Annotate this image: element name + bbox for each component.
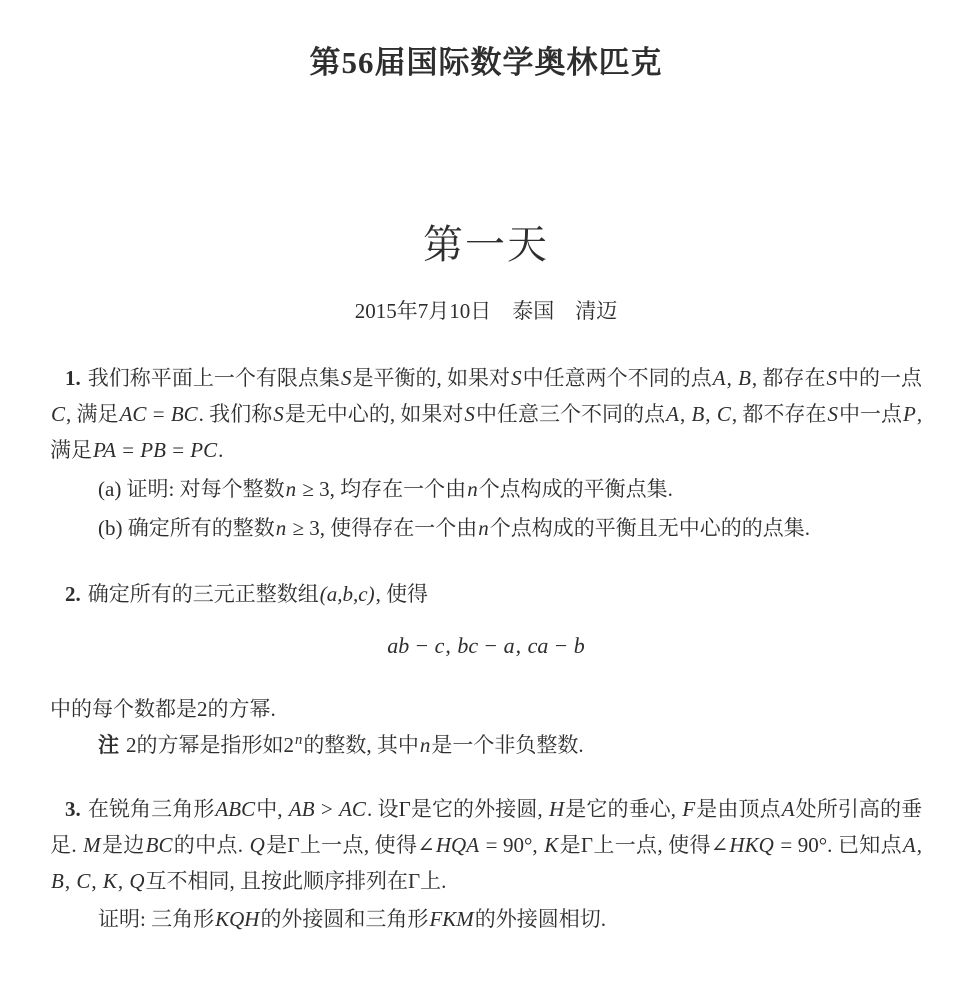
problem-2: 2.确定所有的三元正整数组(a,b,c), 使得	[50, 576, 922, 612]
problem-3-number: 3.	[65, 797, 81, 821]
problem-3-proof: 证明: 三角形KQH的外接圆和三角形FKM的外接圆相切.	[50, 901, 922, 937]
problem-2-continuation: 中的每个数都是2的方幂.	[50, 691, 922, 727]
problem-1: 1.我们称平面上一个有限点集S是平衡的, 如果对S中任意两个不同的点A, B, …	[50, 360, 922, 468]
document-page: 第56届国际数学奥林匹克 第一天 2015年7月10日 泰国 清迈 1.我们称平…	[0, 0, 978, 1000]
problem-3-body: 在锐角三角形ABC中, AB > AC. 设Γ是它的外接圆, H是它的垂心, F…	[50, 797, 922, 893]
problem-3: 3.在锐角三角形ABC中, AB > AC. 设Γ是它的外接圆, H是它的垂心,…	[50, 791, 922, 899]
problem-1-item-b: (b) 确定所有的整数n ≥ 3, 使得存在一个由n个点构成的平衡且无中心的的点…	[50, 510, 922, 546]
problem-1-body: 我们称平面上一个有限点集S是平衡的, 如果对S中任意两个不同的点A, B, 都存…	[50, 366, 922, 462]
date-location-line: 2015年7月10日 泰国 清迈	[50, 296, 922, 326]
problem-1-number: 1.	[65, 366, 81, 390]
day-heading: 第一天	[50, 222, 922, 268]
note-label: 注	[98, 733, 119, 757]
problem-2-note: 注2的方幂是指形如2n的整数, 其中n是一个非负整数.	[50, 727, 922, 763]
note-body: 2的方幂是指形如2n的整数, 其中n是一个非负整数.	[126, 733, 584, 757]
problem-2-number: 2.	[65, 582, 81, 606]
problem-2-formula: ab − c, bc − a, ca − b	[50, 628, 922, 664]
problem-2-body: 确定所有的三元正整数组(a,b,c), 使得	[88, 582, 428, 606]
problem-1-item-a: (a) 证明: 对每个整数n ≥ 3, 均存在一个由n个点构成的平衡点集.	[50, 471, 922, 507]
document-title: 第56届国际数学奥林匹克	[50, 46, 922, 80]
